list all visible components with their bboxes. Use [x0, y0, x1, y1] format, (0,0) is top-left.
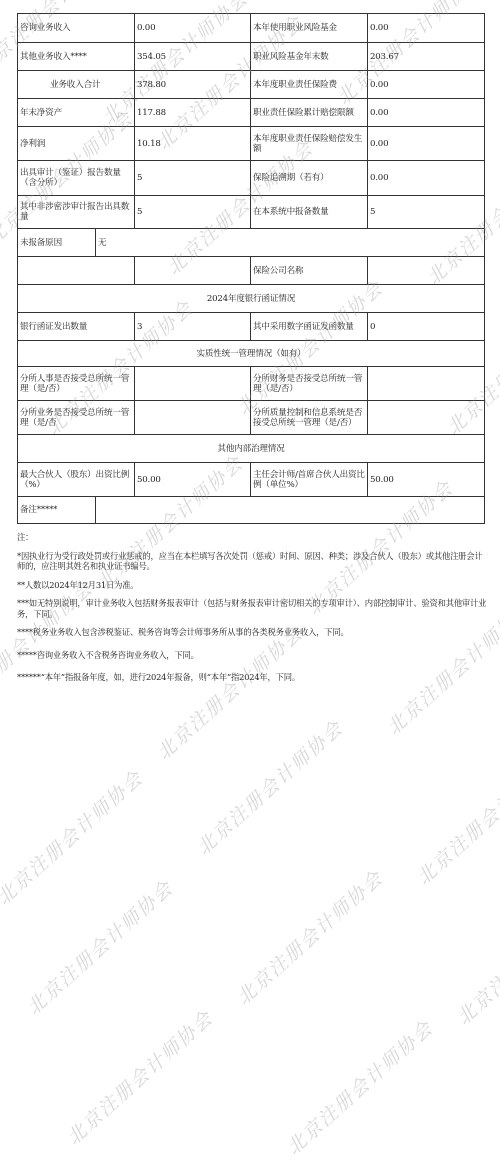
table-row: 其中非涉密涉审计报告出具数量 5 在本系统中报备数量 5 — [18, 196, 485, 229]
row-value — [135, 367, 251, 401]
governance-section-title: 其他内部治理情况 — [18, 435, 485, 463]
row-value: 0.00 — [368, 161, 485, 196]
row-value: 50.00 — [135, 463, 251, 497]
row-label: 分所质量控制和信息系统是否接受总所统一管理（是/否） — [251, 401, 368, 435]
row-value: 117.88 — [135, 99, 251, 127]
section-header-row: 2024年度银行函证情况 — [18, 285, 485, 313]
row-value: 5 — [368, 196, 485, 229]
row-value: 0.00 — [368, 71, 485, 99]
footnote: *因执业行为受行政处罚或行业惩戒的，应当在本栏填写各次处罚（惩戒）时间、原因、种… — [17, 551, 487, 572]
row-value: 5 — [135, 196, 251, 229]
row-label: 银行函证发出数量 — [18, 313, 135, 341]
footnotes: 注： *因执业行为受行政处罚或行业惩戒的，应当在本栏填写各次处罚（惩戒）时间、原… — [17, 532, 487, 691]
row-value — [368, 367, 485, 401]
row-label: 职业风险基金年末数 — [251, 43, 368, 71]
watermark: 北京注册会计师协会 — [450, 884, 500, 1031]
row-value: 203.67 — [368, 43, 485, 71]
unreported-reason-value: 无 — [96, 229, 485, 257]
row-label: 其中采用数字函证发函数量 — [251, 313, 368, 341]
row-value: 5 — [135, 161, 251, 196]
row-label: 分所业务是否接受总所统一管理（是/否 — [18, 401, 135, 435]
row-label: 在本系统中报备数量 — [251, 196, 368, 229]
table-row: 其他业务收入**** 354.05 职业风险基金年末数 203.67 — [18, 43, 485, 71]
row-value — [368, 401, 485, 435]
row-label: 本年度职业责任保险赔偿发生额 — [251, 127, 368, 161]
unreported-reason-label: 未报备原因 — [18, 229, 96, 257]
insurance-company-label: 保险公司名称 — [251, 257, 368, 285]
watermark: 北京注册会计师协会 — [280, 1014, 439, 1161]
table-row: 分所人事是否接受总所统一管理（是/否） 分所财务是否接受总所统一管理（是/否） — [18, 367, 485, 401]
notes-heading: 注： — [17, 532, 487, 543]
row-value — [135, 401, 251, 435]
row-value: 378.80 — [135, 71, 251, 99]
row-label: 其中非涉密涉审计报告出具数量 — [18, 196, 135, 229]
row-label: 咨询业务收入 — [18, 14, 135, 43]
row-label: 职业责任保险累计赔偿限额 — [251, 99, 368, 127]
row-value: 3 — [135, 313, 251, 341]
insurance-company-row: 保险公司名称 — [18, 257, 485, 285]
row-label: 本年使用职业风险基金 — [251, 14, 368, 43]
watermark: 北京注册会计师协会 — [190, 714, 349, 861]
bank-section-title: 2024年度银行函证情况 — [18, 285, 485, 313]
section-header-row: 实质性统一管理情况（如有） — [18, 341, 485, 367]
section-header-row: 其他内部治理情况 — [18, 435, 485, 463]
unreported-reason-row: 未报备原因 无 — [18, 229, 485, 257]
table-row: 最大合伙人（股东）出资比例（%） 50.00 主任会计师/首席合伙人出资比例（单… — [18, 463, 485, 497]
row-value: 0.00 — [135, 14, 251, 43]
watermark: 北京注册会计师协会 — [0, 764, 149, 911]
table-row: 分所业务是否接受总所统一管理（是/否 分所质量控制和信息系统是否接受总所统一管理… — [18, 401, 485, 435]
table-row: 银行函证发出数量 3 其中采用数字函证发函数量 0 — [18, 313, 485, 341]
row-value: 50.00 — [368, 463, 485, 497]
row-label: 出具审计（鉴证）报告数量（含分所） — [18, 161, 135, 196]
row-value: 0 — [368, 313, 485, 341]
row-label: 主任会计师/首席合伙人出资比例（单位%） — [251, 463, 368, 497]
row-value: 0.00 — [368, 14, 485, 43]
table-row: 业务收入合计 378.80 本年度职业责任保险费 0.00 — [18, 71, 485, 99]
row-label: 本年度职业责任保险费 — [251, 71, 368, 99]
row-value: 10.18 — [135, 127, 251, 161]
watermark: 北京注册会计师协会 — [20, 874, 179, 1021]
watermark: 北京注册会计师协会 — [60, 1004, 219, 1151]
row-value: 0.00 — [368, 99, 485, 127]
row-label: 其他业务收入**** — [18, 43, 135, 71]
row-label: 业务收入合计 — [18, 71, 135, 99]
unified-section-title: 实质性统一管理情况（如有） — [18, 341, 485, 367]
row-label: 年末净资产 — [18, 99, 135, 127]
insurance-company-value — [368, 257, 485, 285]
table-row: 出具审计（鉴证）报告数量（含分所） 5 保险追溯期（若有） 0.00 — [18, 161, 485, 196]
remarks-value — [96, 497, 485, 524]
footnote: *****咨询业务收入不含税务咨询业务收入，下同。 — [17, 650, 487, 661]
table-row: 年末净资产 117.88 职业责任保险累计赔偿限额 0.00 — [18, 99, 485, 127]
blank-cell — [18, 257, 135, 285]
filing-table: 咨询业务收入 0.00 本年使用职业风险基金 0.00 其他业务收入**** 3… — [17, 13, 485, 524]
row-label: 保险追溯期（若有） — [251, 161, 368, 196]
row-label: 分所财务是否接受总所统一管理（是/否） — [251, 367, 368, 401]
row-label: 分所人事是否接受总所统一管理（是/否） — [18, 367, 135, 401]
footnote: ******“本年”指报备年度，如，进行2024年报备，则“本年”指2024年，… — [17, 672, 487, 683]
footnote: ***如无特别说明，审计业务收入包括财务报表审计（包括与财务报表审计密切相关的专… — [17, 598, 487, 619]
blank-cell — [135, 257, 251, 285]
table-row: 咨询业务收入 0.00 本年使用职业风险基金 0.00 — [18, 14, 485, 43]
row-label: 最大合伙人（股东）出资比例（%） — [18, 463, 135, 497]
watermark: 北京注册会计师协会 — [230, 864, 389, 1011]
row-value: 354.05 — [135, 43, 251, 71]
row-value: 0.00 — [368, 127, 485, 161]
watermark: 北京注册会计师协会 — [410, 744, 500, 891]
remarks-label: 备注***** — [18, 497, 96, 524]
footnote: **人数以2024年12月31日为准。 — [17, 580, 487, 591]
table-row: 净利润 10.18 本年度职业责任保险赔偿发生额 0.00 — [18, 127, 485, 161]
row-label: 净利润 — [18, 127, 135, 161]
footnote: ****税务业务收入包含涉税鉴证、税务咨询等会计师事务所从事的各类税务业务收入，… — [17, 627, 487, 638]
remarks-row: 备注***** — [18, 497, 485, 524]
